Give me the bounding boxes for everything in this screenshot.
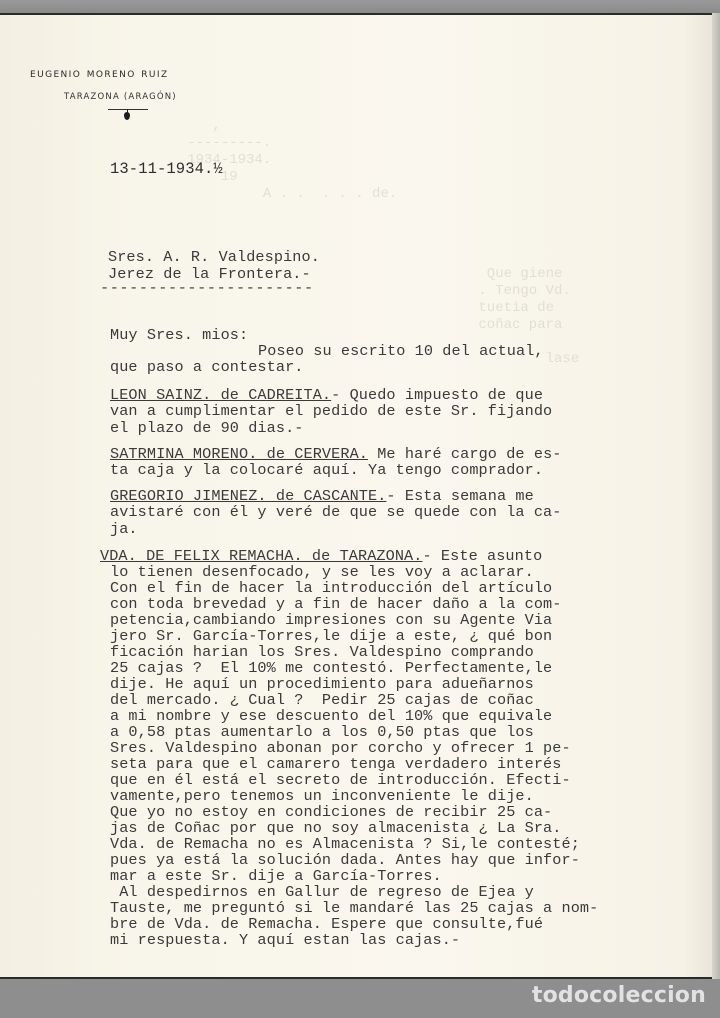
item-1-line: el plazo de 90 dias.- [110,420,304,437]
item-3-line: avistaré con él y veré de que se quede c… [110,504,562,521]
item-1-line: van a cumplimentar el pedido de este Sr.… [110,403,552,420]
paper-edge-shadow [712,13,720,979]
letterhead-name: Eugenio Moreno Ruiz [30,66,169,81]
letter-date: 13-11-1934.½ [110,161,223,178]
scanner-background-top [0,0,720,13]
letterhead-location: TARAZONA (ARAGÓN) [64,92,177,102]
watermark-logo: todocoleccion [532,983,706,1008]
letterhead-divider [108,109,148,110]
salutation: Muy Sres. mios: [110,327,248,344]
recipient-underline: ---------------------- [100,280,314,297]
item-4-line: mi respuesta. Y aquí estan las cajas.- [110,932,460,949]
item-2-line: ta caja y la colocaré aquí. Ya tengo com… [110,462,543,479]
recipient-line-1: Sres. A. R. Valdespino. [108,249,320,266]
intro-line-2: que paso a contestar. [110,359,304,376]
item-3-line: ja. [110,521,138,538]
